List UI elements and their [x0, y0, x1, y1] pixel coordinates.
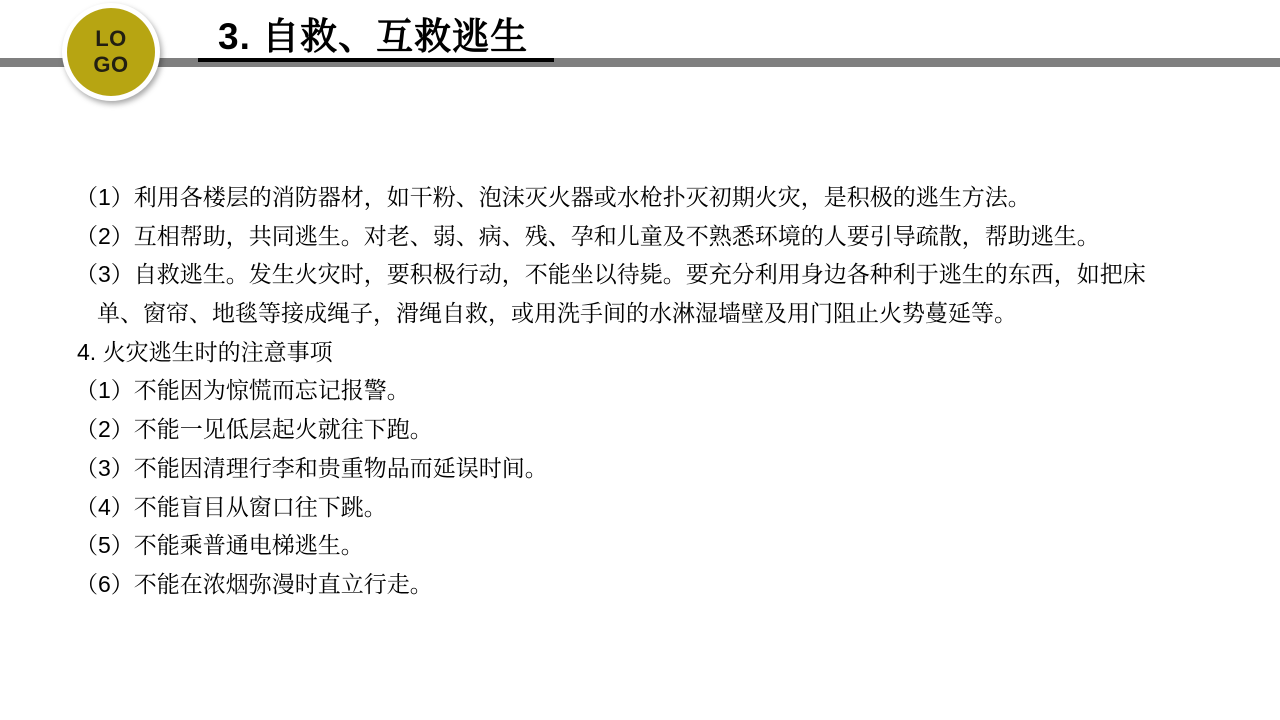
slide-title-text: 3. 自救、互救逃生 — [198, 16, 554, 62]
slide-title: 3. 自救、互救逃生 — [198, 16, 554, 62]
body-line: （2）不能一见低层起火就往下跑。 — [75, 410, 1220, 449]
body-line: （2）互相帮助，共同逃生。对老、弱、病、残、孕和儿童及不熟悉环境的人要引导疏散，… — [75, 217, 1220, 256]
body-line-continuation: 单、窗帘、地毯等接成绳子，滑绳自救，或用洗手间的水淋湿墙壁及用门阻止火势蔓延等。 — [75, 294, 1220, 333]
header-divider-bar — [0, 58, 1280, 67]
slide-body: （1）利用各楼层的消防器材，如干粉、泡沫灭火器或水枪扑灭初期火灾，是积极的逃生方… — [75, 178, 1220, 604]
slide: { "logo": { "line1": "LO", "line2": "GO"… — [0, 0, 1280, 720]
body-line-section-heading: 4. 火灾逃生时的注意事项 — [75, 333, 1220, 372]
body-line: （3）不能因清理行李和贵重物品而延误时间。 — [75, 449, 1220, 488]
body-line: （3）自救逃生。发生火灾时，要积极行动，不能坐以待毙。要充分利用身边各种利于逃生… — [75, 255, 1220, 294]
logo-badge: LO GO — [62, 3, 160, 101]
body-line: （4）不能盲目从窗口往下跳。 — [75, 488, 1220, 527]
logo-text-line2: GO — [93, 52, 128, 78]
body-line: （1）利用各楼层的消防器材，如干粉、泡沫灭火器或水枪扑灭初期火灾，是积极的逃生方… — [75, 178, 1220, 217]
body-line: （6）不能在浓烟弥漫时直立行走。 — [75, 565, 1220, 604]
body-line: （1）不能因为惊慌而忘记报警。 — [75, 371, 1220, 410]
body-line: （5）不能乘普通电梯逃生。 — [75, 526, 1220, 565]
logo-text-line1: LO — [95, 26, 127, 52]
